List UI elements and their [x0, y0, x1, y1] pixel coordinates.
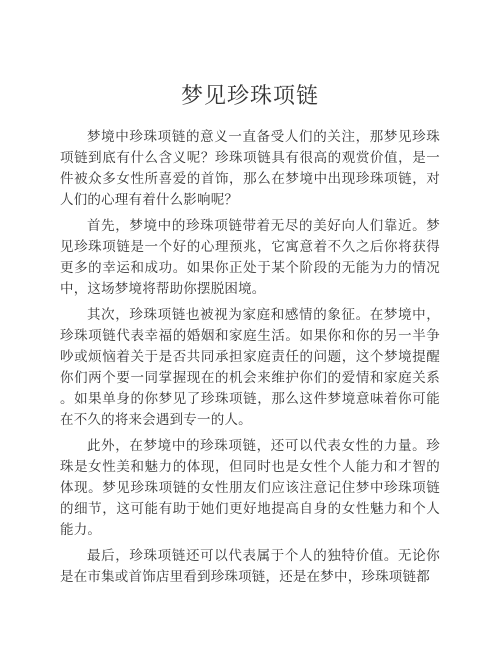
paragraph-intro: 梦境中珍珠项链的意义一直备受人们的关注，那梦见珍珠项链到底有什么含义呢？珍珠项链… [60, 126, 440, 210]
document-body: 梦境中珍珠项链的意义一直备受人们的关注，那梦见珍珠项链到底有什么含义呢？珍珠项链… [60, 126, 440, 587]
paragraph-third-point: 此外，在梦境中的珍珠项链，还可以代表女性的力量。珍珠是女性美和魅力的体现，但同时… [60, 435, 440, 540]
paragraph-second-point: 其次，珍珠项链也被视为家庭和感情的象征。在梦境中，珍珠项链代表幸福的婚姻和家庭生… [60, 304, 440, 430]
paragraph-first-point: 首先，梦境中的珍珠项链带着无尽的美好向人们靠近。梦见珍珠项链是一个好的心理预兆，… [60, 215, 440, 299]
document-page: 梦见珍珠项链 梦境中珍珠项链的意义一直备受人们的关注，那梦见珍珠项链到底有什么含… [0, 0, 500, 647]
paragraph-last-point: 最后，珍珠项链还可以代表属于个人的独特价值。无论你是在市集或首饰店里看到珍珠项链… [60, 545, 440, 587]
document-title: 梦见珍珠项链 [0, 82, 500, 110]
